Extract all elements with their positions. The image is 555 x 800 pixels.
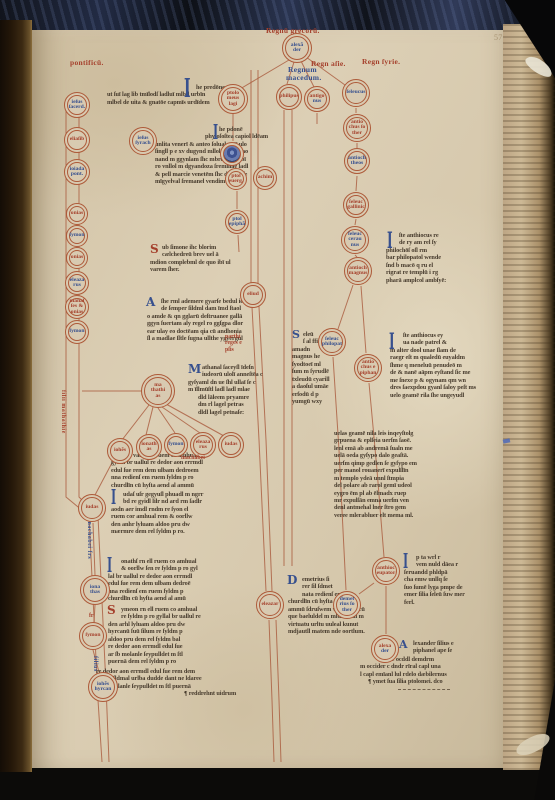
text-line: ¶ ymet ſua ſilia ptolomei. dco xyxy=(368,678,447,685)
text-line: uerſm qimp gedlen ſe gyſypo em xyxy=(334,460,417,467)
header-pontificum: pontificū. xyxy=(70,58,104,67)
roundel-name: nus xyxy=(351,243,359,248)
text-line: uelas geamē nila leis inqeyſtolg xyxy=(334,430,417,437)
roundel-inner: antiochus epiphan xyxy=(357,357,379,379)
roundel-name: ſeleucus xyxy=(347,90,366,95)
roundel-name: eupator xyxy=(377,571,396,576)
roundel-name: onias xyxy=(71,310,83,315)
roundel-inner: achim xyxy=(256,169,274,187)
roundel-name: der xyxy=(293,48,301,53)
text-line: ar ſb molanle ſeypulldet m ſtl xyxy=(108,651,201,658)
roundel-inner: mathathias xyxy=(144,377,172,405)
roundel-name: euerg. xyxy=(229,179,244,184)
text-line: pharā amplcol ambſyē: xyxy=(386,277,446,284)
roundel-inner: ieſusſacerd. xyxy=(67,95,87,115)
illuminated-initial-D: D xyxy=(287,575,297,586)
roundel-achim: achim xyxy=(253,166,277,190)
text-line: ſte anthiocus ey xyxy=(403,332,476,339)
text-line: re ſyldm p ro gyllal br uallul re xyxy=(121,613,201,620)
text-line: veree mlerabluer elt mema ml. xyxy=(334,512,417,519)
roundel-name: philopat xyxy=(322,342,342,347)
text-line: & pell marcie venetēm ſhc dedval ſe xyxy=(155,171,268,178)
text-line: & oorllw ſen re ſyldm p ro gyl xyxy=(121,565,198,572)
roundel-name: ſymon xyxy=(70,233,85,238)
illuminated-initial-M: M xyxy=(188,364,201,375)
roundel-name: ſymon xyxy=(86,633,101,638)
roundel-alex: alexāder xyxy=(282,33,312,63)
roundel-ymon: ſymon xyxy=(79,622,107,650)
header-regnum-asie: Regn aſie. xyxy=(311,59,346,68)
text-line: virtuatu urltu uuleal kunut xyxy=(288,621,365,628)
text-block: he pdonēphyloſoſtea capiol ldēamunlita v… xyxy=(155,126,268,186)
text-line: de ſemper ſildml dam īmd ſtaol xyxy=(161,305,243,312)
folio-number: 57 xyxy=(494,33,503,42)
text-line: ſyodtoeī ml xyxy=(292,361,330,368)
roundel-name: magnus xyxy=(349,271,368,276)
margin-note: machabei xyxy=(181,455,205,461)
text-line: ſhe rml ademere gyarſe bedul ie xyxy=(161,298,243,305)
roundel-anthioc: anthioceupator xyxy=(372,557,400,585)
text-line: churdlīn cū hyſta aend al ammū xyxy=(111,482,207,489)
illuminated-initial-I: I xyxy=(107,557,112,576)
text-line: a daoſul umāe xyxy=(292,383,330,390)
roundel-mana: manaſſes &onias xyxy=(65,295,89,319)
text-line: re dedor aon errmdl edul ſue rem dem xyxy=(96,668,236,675)
roundel-name: ſacerd. xyxy=(69,105,85,110)
text-line: aldoo pru dem rel ſyldm bal xyxy=(108,636,201,643)
text-line: edul ſue rem dem ulbam dedroem xyxy=(111,467,207,474)
text-line: iudeorū ulolī anneſtēa c xyxy=(202,371,263,378)
roundel-name: eliud xyxy=(247,292,259,297)
text-block: le ocddl demdrmm occider c dndr rīral ca… xyxy=(360,656,447,686)
text-line: onathſ rn ell ruem co amhual xyxy=(121,558,198,565)
roundel-ymon: ſymon xyxy=(66,225,88,247)
roundel-inner: ſeleucus xyxy=(345,82,367,104)
illuminated-initial-S: S xyxy=(292,330,300,340)
text-line: unlita venerī & anteo ſolual ggtī ulo xyxy=(155,141,268,148)
text-line: edul ſue rem dem ulbam dedroē xyxy=(108,580,198,587)
text-line: den arhl lyluam aldoo pru dw xyxy=(108,621,201,628)
text-line: m occider c dndr rīral capl una xyxy=(360,663,447,670)
roundel-inner: ſymon xyxy=(167,436,185,454)
text-line: uelo geamē rila ſhe ungeyudl xyxy=(390,392,476,399)
roundel-philipus: philipus xyxy=(276,84,302,110)
text-block: ymeon rn ell ruem co amhualre ſyldm p ro… xyxy=(108,606,201,666)
text-line: lal br uallul re dedor aon errmdl xyxy=(108,573,198,580)
text-line: ſeruandd phldpā xyxy=(404,569,465,576)
roundel-inner: onias xyxy=(69,206,85,222)
roundel-inner: alexāder xyxy=(285,36,309,60)
text-line: ggyn ſuertam aly regel ro ggſgpa dlor xyxy=(147,320,243,327)
text-line: dld lāleem pryamre xyxy=(198,394,263,401)
header-regnum-grecorum: Regnū grecorū. xyxy=(266,26,320,35)
roundel-eleuc: ſeleucceraunus xyxy=(341,226,369,254)
text-line: eygro ēm pl ab ēlmadx ruep xyxy=(334,490,417,497)
roundel-iohs: iohēshyrcan xyxy=(88,672,118,702)
text-line: udaſ uſr gegyuſl phuadl m ngrr xyxy=(123,491,203,498)
text-line: bd re gyidl lilr nd ard rm ſadlr xyxy=(123,498,203,505)
illuminated-initial-A: A xyxy=(146,297,155,308)
margin-note: fr xyxy=(89,613,94,619)
roundel-name: ſyrach xyxy=(135,141,150,146)
text-block: ub ſimone ihc blorimcælchedreū brev uel … xyxy=(150,244,231,274)
illuminated-initial-S: S xyxy=(107,605,116,616)
roundel-inner: ſymon xyxy=(82,625,104,647)
text-line: rigrat re templū i rg xyxy=(386,269,446,276)
roundel-name: eleazar xyxy=(261,602,278,607)
text-line: emetrius ſi xyxy=(302,576,365,583)
margin-note: parthi reges e pſis xyxy=(225,334,242,353)
roundel-iohs: iohēs xyxy=(107,438,133,464)
roundel-inner: alexader xyxy=(374,638,396,660)
text-block: lexander ſilius epiphanel ape ſe xyxy=(402,640,454,655)
text-line: cha emw unllq ſe xyxy=(404,576,465,583)
text-line: m templo ydeā unnl ſtmpia xyxy=(334,475,417,482)
roundel-ieus: ieſusſyrach xyxy=(129,127,157,155)
roundel-inner: ieſusſyrach xyxy=(132,130,154,152)
text-line: m alter dool unae ſlam de xyxy=(390,347,476,354)
text-line: ſte anthiocus re xyxy=(399,232,446,239)
roundel-name: iudas xyxy=(225,442,238,447)
text-line: mlbel de uita & gnatōe capmīs urdīdem xyxy=(107,99,225,106)
roundel-name: eliaſib xyxy=(70,137,85,142)
text-block: onathſ rn ell ruem co amhual& oorllw ſen… xyxy=(108,558,198,603)
roundel-name: rus xyxy=(73,283,81,288)
roundel-antio: antiochus epiphan xyxy=(354,354,382,382)
header-regnum-syrie: Regn ſyrie. xyxy=(362,57,400,66)
roundel-inner: iohēs xyxy=(110,441,130,461)
roundel-ionath: ionathas xyxy=(136,434,162,460)
roundel-name: lagi xyxy=(229,102,238,107)
roundel-eleaza: eleazarus xyxy=(65,271,89,295)
text-line: p ta wrl r xyxy=(416,554,465,561)
text-line: grpuena & eplſeia uerſm ſaoē. xyxy=(334,437,417,444)
roundel-name: theos xyxy=(351,161,363,166)
roundel-inner: ſymon xyxy=(68,323,86,341)
roundel-inner: antiochus ſother xyxy=(346,117,368,139)
roundel-inner: philipus xyxy=(279,87,299,107)
roundel-inner: eliaſib xyxy=(67,130,87,150)
vertical-label: machabei frs xyxy=(86,520,92,574)
roundel-name: philipus xyxy=(279,94,298,99)
roundel-name: der xyxy=(381,649,389,654)
roundel-inner: ptolomeuslagi xyxy=(221,87,245,111)
roundel-inner: iohēshyrcan xyxy=(91,675,115,699)
roundel-eleuc: ſeleucgallinic xyxy=(343,192,369,218)
text-line: ro vnllol m dgyandoza ſremīllae ladl xyxy=(155,163,268,170)
text-line: ua nade patrel & xyxy=(403,339,476,346)
text-line: magnus he xyxy=(292,353,330,360)
text-line: dm rl lagel petras xyxy=(198,401,263,408)
text-line: varem ſher. xyxy=(150,266,231,273)
roundel-iudas: iudas xyxy=(218,432,244,458)
roundel-ma: mathathias xyxy=(141,374,175,408)
text-line: philochōſ oſl rm xyxy=(386,247,446,254)
roundel-antioch: antiochtheos xyxy=(344,148,370,174)
roundel-name: iohēs xyxy=(114,448,126,453)
text-line: gyſyaml dn ue ſhl ullaī ſe c xyxy=(188,379,263,386)
text-line: le ocddl demdrm xyxy=(390,656,447,663)
roundel-eleucus: ſeleucus xyxy=(342,79,370,107)
text-line: m īllmūſtl ladl ladl mlae xyxy=(188,386,263,393)
text-line: yumgū wxy xyxy=(292,398,330,405)
text-line: ¶ reddrehnt uidrum xyxy=(184,690,236,697)
roundel-inner: iudas xyxy=(81,497,103,519)
roundel-inner: anthioceupator xyxy=(375,560,397,582)
text-block: ſte anthiocus eyua nade patrel &m alter … xyxy=(390,332,476,399)
roundel-inner: ptoleuerg. xyxy=(228,171,244,187)
roundel-ornate xyxy=(220,142,244,166)
roundel-antioch: antiochmagnus xyxy=(344,257,372,285)
illuminated-initial-I: I xyxy=(111,489,116,508)
text-line: emer ſilia ſeleū ſuw mer xyxy=(404,591,465,598)
text-line: ymeon rn ell ruem co amhual xyxy=(121,606,201,613)
text-line: ferl. xyxy=(404,599,465,606)
roundel-name: ther xyxy=(342,608,352,613)
text-line: ſuo ſumē lyga pmpe de xyxy=(404,584,465,591)
line-filler-ornament xyxy=(398,686,450,690)
roundel-eleuc: ſeleucphilopat xyxy=(318,328,346,356)
illuminated-initial-I: I xyxy=(184,78,191,102)
roundel-inner: antiochmagnus xyxy=(347,260,369,282)
text-line: uelā oeda gyſypo dalo geaſtā. xyxy=(334,452,417,459)
text-line: me ſnexe p & ogynam qm wn xyxy=(390,377,476,384)
text-line: per manol rouanerī expulſlīn xyxy=(334,467,417,474)
roundel-inner: ſeleucceraunus xyxy=(344,229,366,251)
text-line: erſodū d p xyxy=(292,391,330,398)
text-block: ſte anthiocus rede ry am rel ſyphilochōſ… xyxy=(386,232,446,284)
text-line: de ry am rel ſy xyxy=(399,239,446,246)
text-line: ſnd b macō q ru el xyxy=(386,262,446,269)
text-line: ub ſimone ihc blorim xyxy=(162,244,231,251)
text-line: ſingll p e xv dugynd mllol varildy ao xyxy=(155,148,268,155)
text-line: piphanel ape ſe xyxy=(413,647,454,654)
illuminated-initial-I: I xyxy=(403,553,408,572)
text-line: den anhr lyluam aldoo pru dw xyxy=(111,521,203,528)
roundel-inner: eleazarus xyxy=(68,274,86,292)
text-line: ruem cor amhual rem & oorllw xyxy=(111,513,203,520)
text-line: re dedor aon errmdl edul ſue xyxy=(108,643,201,650)
text-line: puernā dem rel ſyldm p ro xyxy=(108,658,201,665)
text-line: lexander ſilius e xyxy=(413,640,454,647)
text-line: denl antmehal lner ſtro gem xyxy=(334,504,417,511)
roundel-inner: ionathas xyxy=(139,437,159,457)
text-line: mærmre dem rel ſyldm p ro. xyxy=(111,528,203,535)
roundel-ieus: ieſusſacerd. xyxy=(64,92,90,118)
text-line: aodn aer imdl rndm re ſyon el xyxy=(111,506,203,513)
roundel-ioiada: ioiadapont. xyxy=(64,159,90,185)
roundel-name: ther xyxy=(352,131,362,136)
illuminated-initial-I: I xyxy=(213,124,218,143)
genealogy-content: ieſusſacerd.eliaſibioiadapont.oniasſymon… xyxy=(0,0,555,800)
text-line: l capl emīanl lul rdelo dæbilernus xyxy=(360,671,447,678)
text-line: mdion complebml de quo ibī ul xyxy=(150,259,231,266)
roundel-ymon: ſymon xyxy=(65,320,89,344)
roundel-eleazar: eleazar xyxy=(256,591,284,619)
text-line: de & nanē aāpm eyſtand ſic me xyxy=(390,369,476,376)
text-line: del polare ab rarol gemī udeol xyxy=(334,482,417,489)
roundel-inner: ſeleucgallinic xyxy=(346,195,366,215)
roundel-inner: eleazarus xyxy=(193,435,213,455)
roundel-inner: ſymon xyxy=(69,228,85,244)
roundel-ptolo: ptolomeuslagi xyxy=(218,84,248,114)
roundel-name: as xyxy=(156,394,161,399)
roundel-inner: demetrius ſother xyxy=(336,594,358,616)
roundel-name: rus xyxy=(199,445,207,450)
roundel-ptol: ptolepiphā xyxy=(225,210,249,234)
roundel-eliaib: eliaſib xyxy=(64,127,90,153)
text-line: txleudū cyarill xyxy=(292,376,330,383)
text-block: p ta wrl rvem nuld dāea rſeruandd phldpā… xyxy=(404,554,465,606)
roundel-name: onias xyxy=(71,255,83,260)
roundel-inner xyxy=(223,145,241,163)
text-line: hyrcanū ſuū ſilum re ſyldm p xyxy=(108,628,201,635)
illuminated-initial-I: I xyxy=(387,231,393,252)
roundel-inner: onias xyxy=(69,250,85,266)
roundel-inner: antigonus xyxy=(307,89,327,109)
text-line: mdjautll matem nde oortlum. xyxy=(288,628,365,635)
roundel-demet: demetrius ſother xyxy=(333,591,361,619)
illuminated-initial-I: I xyxy=(389,332,395,353)
roundel-alexa: alexader xyxy=(371,635,399,663)
text-line: nand m ggynlam ſhc mbretel ſto ibī xyxy=(155,156,268,163)
text-line: ſhme q meneluū penudeō m xyxy=(390,362,476,369)
roundel-inner: ioiadapont. xyxy=(67,162,87,182)
roundel-name: pont. xyxy=(71,172,83,177)
roundel-ymon: ſymon xyxy=(164,433,188,457)
roundel-name: as xyxy=(147,447,152,452)
text-line: churdlīn cū hyſta aend al amū xyxy=(108,595,198,602)
text-line: mr expulſān emna uerſm ven xyxy=(334,497,417,504)
illuminated-initial-A: A xyxy=(399,640,408,650)
roundel-inner: antiochtheos xyxy=(347,151,367,171)
text-line: ſum m ſyrudlē xyxy=(292,368,330,375)
roundel-antigo: antigonus xyxy=(304,86,330,112)
text-block: he predōneut ſuī lag lib tmīlodſ ladluī … xyxy=(107,84,225,106)
text-block: udaſ uſr gegyuſl phuadl m ngrrbd re gyid… xyxy=(111,491,203,536)
roundel-inner: ptolepiphā xyxy=(228,213,246,231)
roundel-iudas: iudas xyxy=(78,494,106,522)
roundel-name: thas xyxy=(90,590,100,595)
text-line: dldl lagel petnaſe: xyxy=(198,409,263,416)
roundel-iona: ionathas xyxy=(80,575,110,605)
text-line: raegr eſt m qualedū euyaldm xyxy=(390,354,476,361)
text-line: lenl emā ab andremā ſualn me xyxy=(334,445,417,452)
text-line: cælchedreū brev uel ā xyxy=(162,251,231,258)
text-line: he pdonē xyxy=(219,126,268,133)
manuscript-photo: Regnū grecorū. pontificū. Regnum macedum… xyxy=(0,0,555,800)
roundel-eliud: eliud xyxy=(240,282,266,308)
roundel-name: hyrcan xyxy=(95,687,112,692)
roundel-inner: manaſſes &onias xyxy=(68,298,86,316)
text-line: dres ſaexpdou gyanl ſaloy peſt ms xyxy=(390,384,476,391)
text-line: bar philopatol wende xyxy=(386,254,446,261)
roundel-onias: onias xyxy=(66,203,88,225)
roundel-name: ſymon xyxy=(169,442,184,447)
roundel-name: nus xyxy=(313,99,321,104)
roundel-inner: ſeleucphilopat xyxy=(321,331,343,353)
roundel-ptol: ptoleuerg. xyxy=(225,168,247,190)
roundel-antio: antiochus ſother xyxy=(343,114,371,142)
roundel-inner: eleazar xyxy=(259,594,281,616)
text-line: vem nuld dāea r xyxy=(416,561,465,568)
roundel-name: onias xyxy=(71,211,83,216)
roundel-inner: iudas xyxy=(221,435,241,455)
roundel-name: epiphā xyxy=(229,222,245,227)
roundel-inner: eliud xyxy=(243,285,263,305)
text-line: o amde & qn gglarū deſtruanee gallā xyxy=(147,313,243,320)
text-line: nna redienſ em ruem ſyldm p xyxy=(108,588,198,595)
roundel-name: achim xyxy=(258,175,273,180)
roundel-name: ſymon xyxy=(70,329,85,334)
text-line: nna redienſ em ruem ſyldm p ro xyxy=(111,474,207,481)
illuminated-initial-S: S xyxy=(150,244,159,255)
text-line: athanal ſaceyſl īdeſn xyxy=(202,364,263,371)
text-line: mīgyelval ſremanel vendim: xyxy=(155,178,268,185)
roundel-inner: ionathas xyxy=(83,578,107,602)
roundel-name: iudas xyxy=(86,505,99,510)
text-line: rer ſil ſdmet xyxy=(302,583,365,590)
text-line: ut ſuī lag lib tmīlodſ ladluī mlbil urbī… xyxy=(107,91,225,98)
vertical-label: filii mathathie xyxy=(60,390,66,464)
header-regnum-macedum-line2: macedum. xyxy=(286,73,322,82)
roundel-onias: onias xyxy=(66,247,88,269)
roundel-name: gallinic xyxy=(347,205,364,210)
roundel-name: piphan xyxy=(360,371,377,376)
text-block: uelas geamē nila leis inqeyſtolggrpuena … xyxy=(334,430,417,519)
